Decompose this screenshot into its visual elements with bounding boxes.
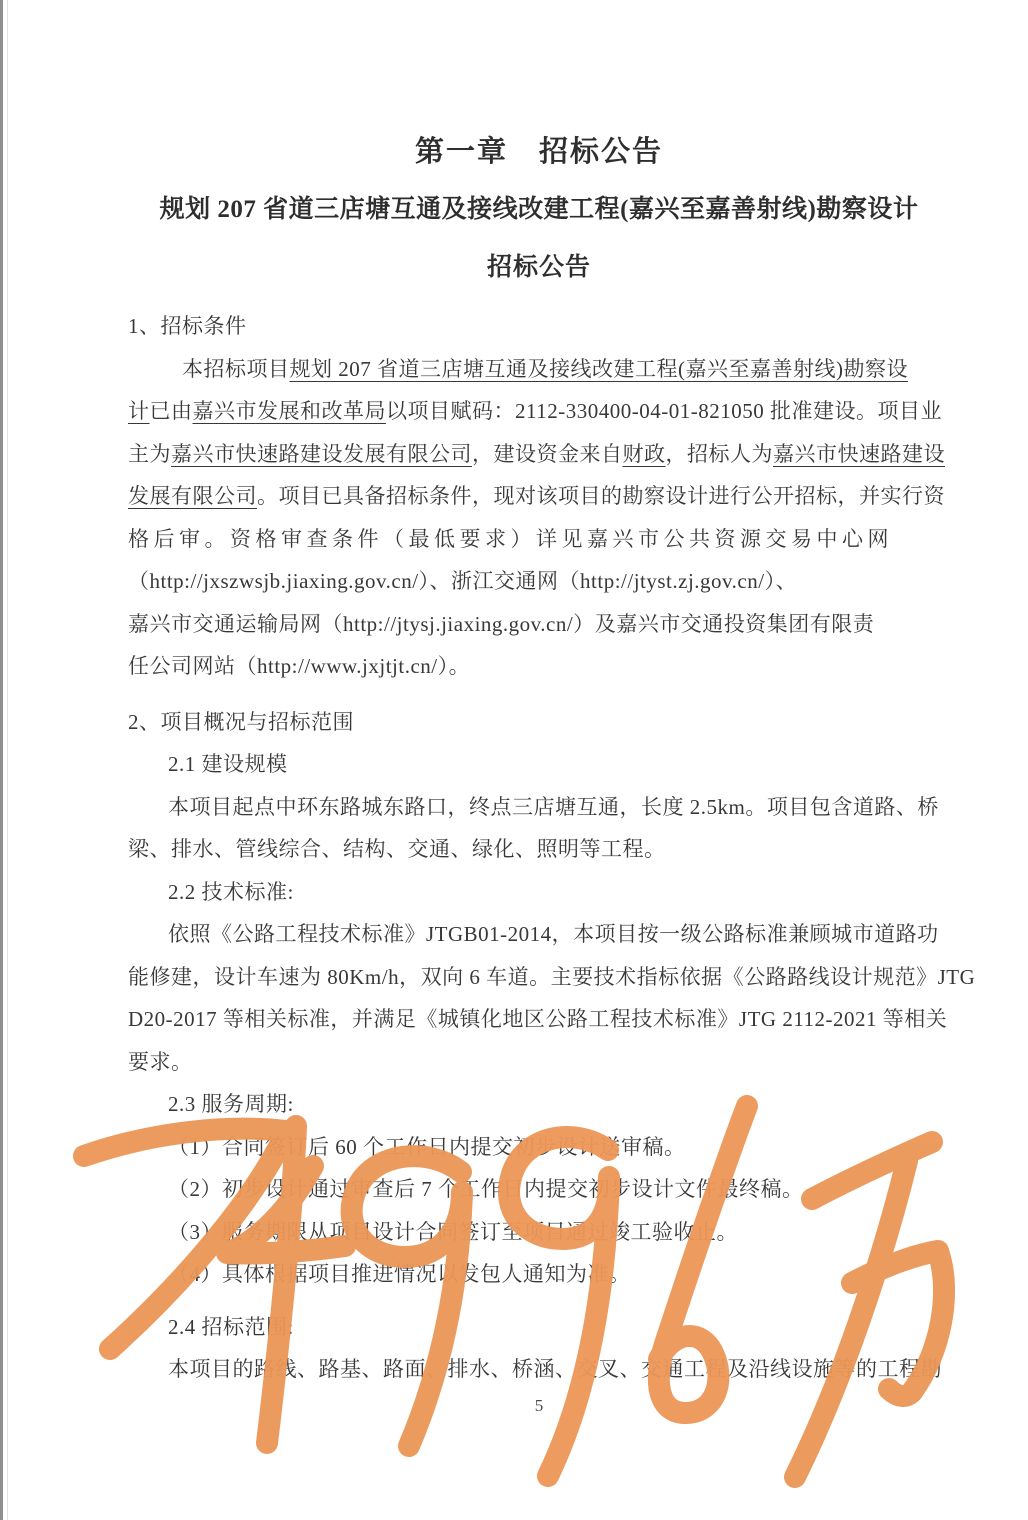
block-para-main: 本招标项目规划 207 省道三店塘互通及接线改建工程(嘉兴至嘉善射线)勘察设计已… <box>128 348 958 688</box>
text-segment: 格后审。资格审查条件（最低要求）详见嘉兴市公共资源交易中心网 <box>128 527 893 551</box>
underlined-text: 嘉兴市快速路建设 <box>773 442 945 466</box>
block-sub: 2.1 建设规模 <box>128 743 958 786</box>
text-segment: 依照《公路工程技术标准》JTGB01-2014，本项目按一级公路标准兼顾城市道路… <box>168 922 939 946</box>
text-segment: （2）初步设计通过审查后 7 个工作日内提交初步设计文件最终稿。 <box>168 1177 804 1201</box>
block-item: （3）服务期限从项目设计合同签订至项目通过竣工验收止。 <box>128 1211 958 1254</box>
text-line: 2.1 建设规模 <box>128 743 958 786</box>
text-segment: 要求。 <box>128 1050 193 1074</box>
text-segment: ，建设资金来自 <box>472 442 623 466</box>
text-line: 本项目的路线、路基、路面、排水、桥涵、交叉、交通工程及沿线设施等的工程勘 <box>128 1348 958 1391</box>
document-subtitle: 招标公告 <box>128 250 950 286</box>
text-segment: 主为 <box>128 442 171 466</box>
text-line: 本项目起点中环东路城东路口，终点三店塘互通，长度 2.5km。项目包含道路、桥 <box>128 786 958 829</box>
document-body: 1、招标条件本招标项目规划 207 省道三店塘互通及接线改建工程(嘉兴至嘉善射线… <box>128 305 958 1391</box>
text-line: 依照《公路工程技术标准》JTGB01-2014，本项目按一级公路标准兼顾城市道路… <box>128 913 958 956</box>
block-para: 本项目的路线、路基、路面、排水、桥涵、交叉、交通工程及沿线设施等的工程勘 <box>128 1348 958 1391</box>
block-para: 本项目起点中环东路城东路口，终点三店塘互通，长度 2.5km。项目包含道路、桥梁… <box>128 786 958 871</box>
block-sub-spaced: 2.4 招标范围: <box>128 1306 958 1349</box>
text-segment: ，招标人为 <box>666 442 774 466</box>
underlined-text: 嘉兴市发展和改革局 <box>193 399 387 423</box>
text-line: 格后审。资格审查条件（最低要求）详见嘉兴市公共资源交易中心网 <box>128 518 958 561</box>
chapter-title: 第一章 招标公告 <box>128 134 950 170</box>
block-para: 依照《公路工程技术标准》JTGB01-2014，本项目按一级公路标准兼顾城市道路… <box>128 913 958 1083</box>
text-segment: 嘉兴市交通运输局网（http://jtysj.jiaxing.gov.cn/）及… <box>128 612 874 636</box>
text-segment: 1、招标条件 <box>128 314 247 338</box>
block-item: （4）具体根据项目推进情况以发包人通知为准。 <box>128 1253 958 1296</box>
text-segment: 2.2 技术标准: <box>168 880 294 904</box>
text-line: 主为嘉兴市快速路建设发展有限公司，建设资金来自财政，招标人为嘉兴市快速路建设 <box>128 433 958 476</box>
text-line: 2.4 招标范围: <box>128 1306 958 1349</box>
text-line: 2.3 服务周期: <box>128 1083 958 1126</box>
text-line: （2）初步设计通过审查后 7 个工作日内提交初步设计文件最终稿。 <box>128 1168 958 1211</box>
text-line: 计已由嘉兴市发展和改革局以项目赋码：2112-330400-04-01-8210… <box>128 390 958 433</box>
text-line: 要求。 <box>128 1041 958 1084</box>
text-line: 2、项目概况与招标范围 <box>128 701 958 744</box>
text-segment: 本项目的路线、路基、路面、排水、桥涵、交叉、交通工程及沿线设施等的工程勘 <box>168 1357 942 1381</box>
block-section-spaced: 2、项目概况与招标范围 <box>128 701 958 744</box>
underlined-text: 嘉兴市快速路建设发展有限公司 <box>171 442 472 466</box>
text-segment: 2.3 服务周期: <box>168 1092 294 1116</box>
text-segment: （1）合同签订后 60 个工作日内提交初步设计送审稿。 <box>168 1135 686 1159</box>
underlined-text: 发展有限公司 <box>128 484 257 508</box>
text-line: 发展有限公司。项目已具备招标条件，现对该项目的勘察设计进行公开招标，并实行资 <box>128 475 958 518</box>
text-line: （4）具体根据项目推进情况以发包人通知为准。 <box>128 1253 958 1296</box>
block-item: （1）合同签订后 60 个工作日内提交初步设计送审稿。 <box>128 1126 958 1169</box>
text-line: 1、招标条件 <box>128 305 958 348</box>
text-line: 任公司网站（http://www.jxjtjt.cn/）。 <box>128 645 958 688</box>
underlined-text: 规划 207 省道三店塘互通及接线改建工程(嘉兴至嘉善射线)勘察设 <box>290 357 908 381</box>
text-line: 能修建，设计车速为 80Km/h，双向 6 车道。主要技术指标依据《公路路线设计… <box>128 956 958 999</box>
text-line: D20-2017 等相关标准，并满足《城镇化地区公路工程技术标准》JTG 211… <box>128 998 958 1041</box>
document-title: 规划 207 省道三店塘互通及接线改建工程(嘉兴至嘉善射线)勘察设计 <box>108 192 970 228</box>
text-segment: 本招标项目 <box>182 357 290 381</box>
text-segment: 2.1 建设规模 <box>168 752 288 776</box>
text-segment: （3）服务期限从项目设计合同签订至项目通过竣工验收止。 <box>168 1220 738 1244</box>
block-sub: 2.3 服务周期: <box>128 1083 958 1126</box>
block-item: （2）初步设计通过审查后 7 个工作日内提交初步设计文件最终稿。 <box>128 1168 958 1211</box>
text-line: 2.2 技术标准: <box>128 871 958 914</box>
underlined-text: 财政 <box>623 442 666 466</box>
text-segment: D20-2017 等相关标准，并满足《城镇化地区公路工程技术标准》JTG 211… <box>128 1007 947 1031</box>
text-line: 本招标项目规划 207 省道三店塘互通及接线改建工程(嘉兴至嘉善射线)勘察设 <box>128 348 958 391</box>
text-line: （3）服务期限从项目设计合同签订至项目通过竣工验收止。 <box>128 1211 958 1254</box>
text-segment: 能修建，设计车速为 80Km/h，双向 6 车道。主要技术指标依据《公路路线设计… <box>128 965 975 989</box>
scan-edge-line-faint <box>7 0 8 1520</box>
text-segment: （http://jxszwsjb.jiaxing.gov.cn/）、浙江交通网（… <box>128 569 797 593</box>
text-segment: 以项目赋码：2112-330400-04-01-821050 批准建设。项目业 <box>386 399 942 423</box>
text-segment: 任公司网站（http://www.jxjtjt.cn/）。 <box>128 654 470 678</box>
text-line: （1）合同签订后 60 个工作日内提交初步设计送审稿。 <box>128 1126 958 1169</box>
text-line: 嘉兴市交通运输局网（http://jtysj.jiaxing.gov.cn/）及… <box>128 603 958 646</box>
text-segment: 梁、排水、管线综合、结构、交通、绿化、照明等工程。 <box>128 837 666 861</box>
block-sub: 2.2 技术标准: <box>128 871 958 914</box>
scan-edge-line <box>0 0 3 1520</box>
text-segment: （4）具体根据项目推进情况以发包人通知为准。 <box>168 1262 631 1286</box>
text-segment: 2.4 招标范围: <box>168 1315 294 1339</box>
text-segment: 已由 <box>150 399 193 423</box>
text-segment: 2、项目概况与招标范围 <box>128 710 354 734</box>
block-section: 1、招标条件 <box>128 305 958 348</box>
text-segment: 。项目已具备招标条件，现对该项目的勘察设计进行公开招标，并实行资 <box>257 484 945 508</box>
document-page: 第一章 招标公告 规划 207 省道三店塘互通及接线改建工程(嘉兴至嘉善射线)勘… <box>0 0 1028 1520</box>
underlined-text: 计 <box>128 399 150 423</box>
page-number: 5 <box>128 1396 950 1416</box>
text-segment: 本项目起点中环东路城东路口，终点三店塘互通，长度 2.5km。项目包含道路、桥 <box>168 795 939 819</box>
text-line: （http://jxszwsjb.jiaxing.gov.cn/）、浙江交通网（… <box>128 560 958 603</box>
text-line: 梁、排水、管线综合、结构、交通、绿化、照明等工程。 <box>128 828 958 871</box>
